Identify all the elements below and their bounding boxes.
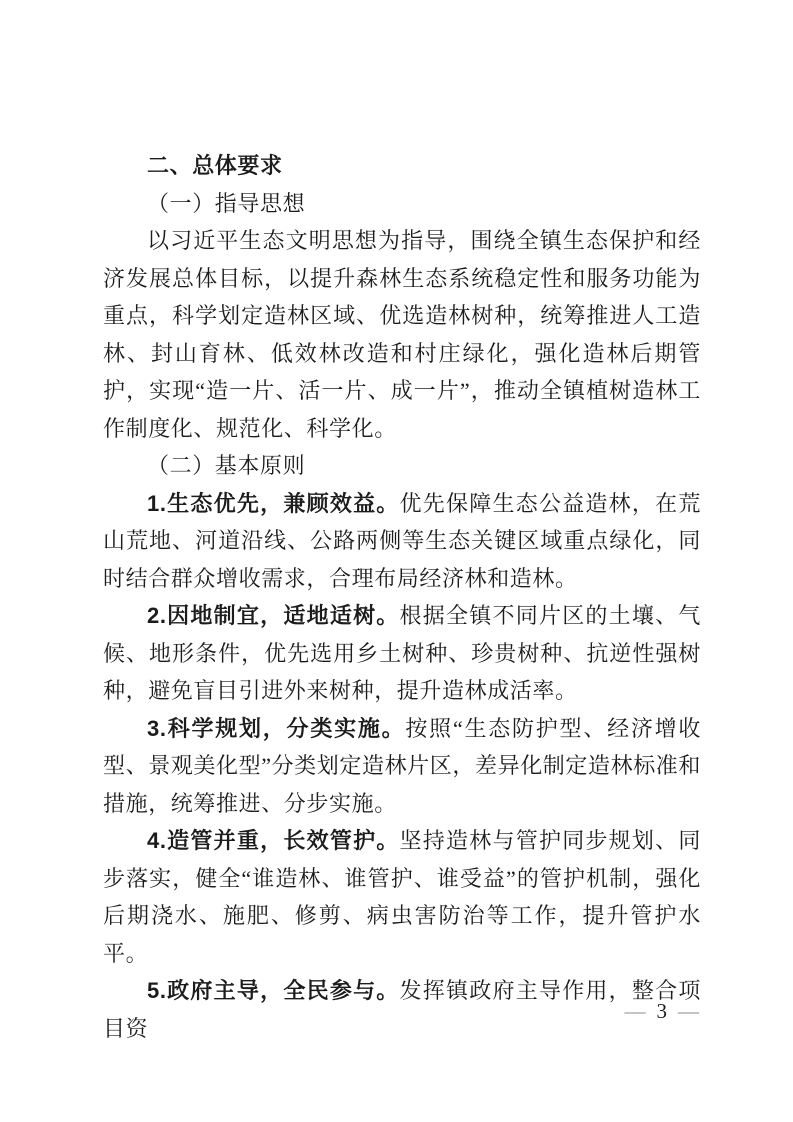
page-number-dash-left: — [625,997,646,1025]
principle-item-3-lead: 3.科学规划，分类实施。 [147,716,405,741]
page-number: — 3 — [625,997,700,1025]
principle-item-2: 2.因地制宜，适地适树。根据全镇不同片区的土壤、气候、地形条件，优先选用乡土树种… [103,597,701,710]
section-heading: 二、总体要求 [103,147,701,185]
principle-item-4-lead: 4.造管并重，长效管护。 [147,828,400,853]
document-page: 二、总体要求 （一）指导思想 以习近平生态文明思想为指导，围绕全镇生态保护和经济… [0,0,793,1122]
principle-item-5: 5.政府主导，全民参与。发挥镇政府主导作用，整合项目资 [103,972,701,1047]
subsection-1-heading: （一）指导思想 [103,185,701,223]
paragraph-guiding-ideology: 以习近平生态文明思想为指导，围绕全镇生态保护和经济发展总体目标，以提升森林生态系… [103,222,701,447]
document-body: 二、总体要求 （一）指导思想 以习近平生态文明思想为指导，围绕全镇生态保护和经济… [103,147,701,1047]
principle-item-4: 4.造管并重，长效管护。坚持造林与管护同步规划、同步落实，健全“谁造林、谁管护、… [103,822,701,972]
principle-item-3: 3.科学规划，分类实施。按照“生态防护型、经济增收型、景观美化型”分类划定造林片… [103,710,701,823]
principle-item-2-lead: 2.因地制宜，适地适树。 [147,603,400,628]
page-number-value: 3 [657,997,668,1025]
subsection-2-heading: （二）基本原则 [103,447,701,485]
principle-item-1: 1.生态优先，兼顾效益。优先保障生态公益造林，在荒山荒地、河道沿线、公路两侧等生… [103,485,701,598]
page-number-dash-right: — [678,997,699,1025]
principle-item-1-lead: 1.生态优先，兼顾效益。 [147,491,400,516]
principle-item-5-lead: 5.政府主导，全民参与。 [147,978,400,1003]
